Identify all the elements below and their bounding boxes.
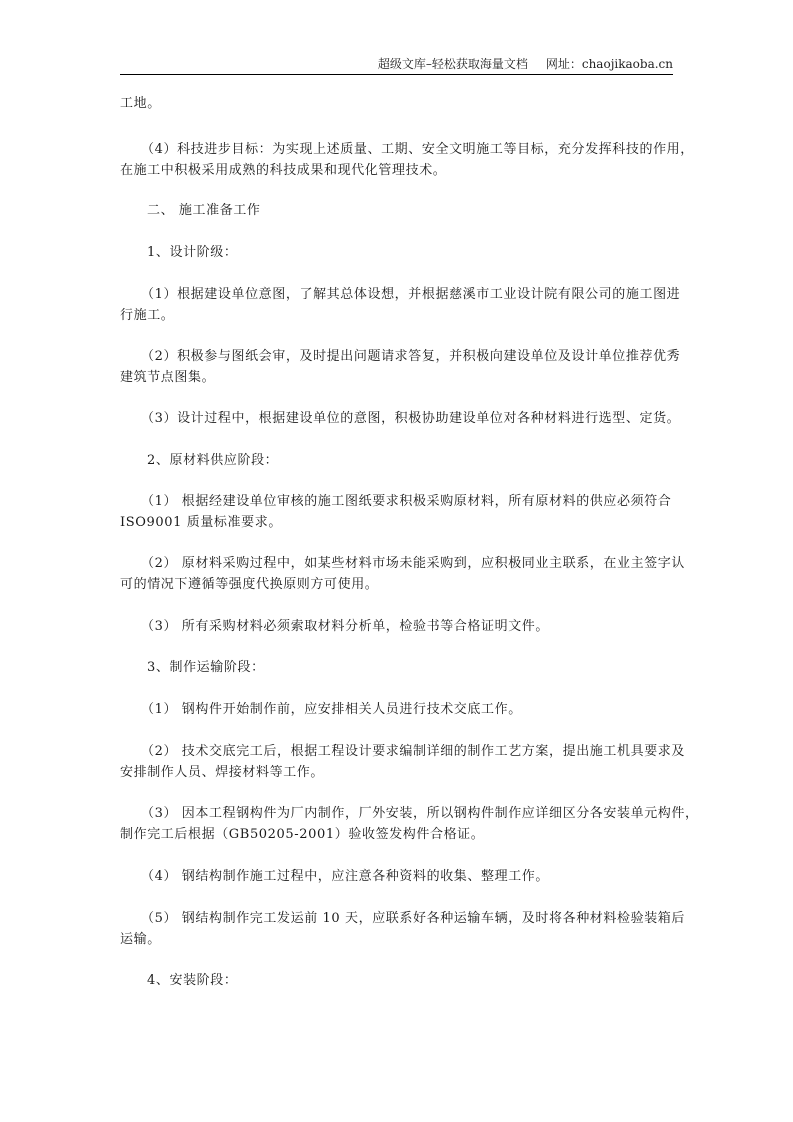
paragraph-line: （4） 钢结构制作施工过程中，应注意各种资料的收集、整理工作。: [141, 869, 675, 885]
paragraph-line: （1） 钢构件开始制作前，应安排相关人员进行技术交底工作。: [141, 702, 675, 718]
paragraph-line: 建筑节点图集。: [120, 370, 675, 386]
paragraph-line: 可的情况下遵循等强度代换原则方可使用。: [120, 577, 675, 593]
header-site-name: 超级文库–轻松获取海量文档: [378, 57, 528, 71]
paragraph-line: （3）设计过程中，根据建设单位的意图，积极协助建设单位对各种材料进行选型、定货。: [141, 411, 675, 427]
paragraph-line: （3） 所有采购材料必须索取材料分析单，检验书等合格证明文件。: [141, 619, 675, 635]
paragraph-line: 制作完工后根据（GB50205-2001）验收签发构件合格证。: [120, 827, 675, 843]
section-heading: 1、设计阶级：: [147, 245, 675, 261]
paragraph-line: （2） 技术交底完工后，根据工程设计要求编制详细的制作工艺方案，提出施工机具要求…: [141, 744, 675, 760]
paragraph-line: 安排制作人员、焊接材料等工作。: [120, 765, 675, 781]
paragraph-line: 工地。: [120, 96, 675, 112]
page-header: 超级文库–轻松获取海量文档网址：chaojikaoba.cn: [120, 57, 673, 75]
paragraph-line: （1） 根据经建设单位审核的施工图纸要求积极采购原材料，所有原材料的供应必须符合: [141, 494, 675, 510]
paragraph-line: （2） 原材料采购过程中，如某些材料市场未能采购到，应积极同业主联系，在业主签字…: [141, 556, 675, 572]
paragraph-line: ISO9001 质量标准要求。: [120, 515, 675, 531]
section-heading: 4、安装阶段：: [147, 973, 675, 989]
paragraph-line: （4）科技进步目标：为实现上述质量、工期、安全文明施工等目标，充分发挥科技的作用…: [141, 142, 675, 158]
section-heading: 二、 施工准备工作: [147, 203, 675, 219]
paragraph-line: 运输。: [120, 932, 675, 948]
paragraph-line: （2）积极参与图纸会审，及时提出问题请求答复，并积极向建设单位及设计单位推荐优秀: [141, 349, 675, 365]
paragraph-line: （1）根据建设单位意图，了解其总体设想，并根据慈溪市工业设计院有限公司的施工图进: [141, 287, 675, 303]
paragraph-line: （5） 钢结构制作完工发运前 10 天，应联系好各种运输车辆，及时将各种材料检验…: [141, 911, 675, 927]
paragraph-line: 行施工。: [120, 308, 675, 324]
paragraph-line: 在施工中积极采用成熟的科技成果和现代化管理技术。: [120, 163, 675, 179]
header-url: 网址：chaojikaoba.cn: [546, 57, 673, 71]
paragraph-line: （3） 因本工程钢构件为厂内制作，厂外安装，所以钢构件制作应详细区分各安装单元构…: [141, 806, 675, 822]
section-heading: 3、制作运输阶段：: [147, 660, 675, 676]
section-heading: 2、原材料供应阶段：: [147, 453, 675, 469]
